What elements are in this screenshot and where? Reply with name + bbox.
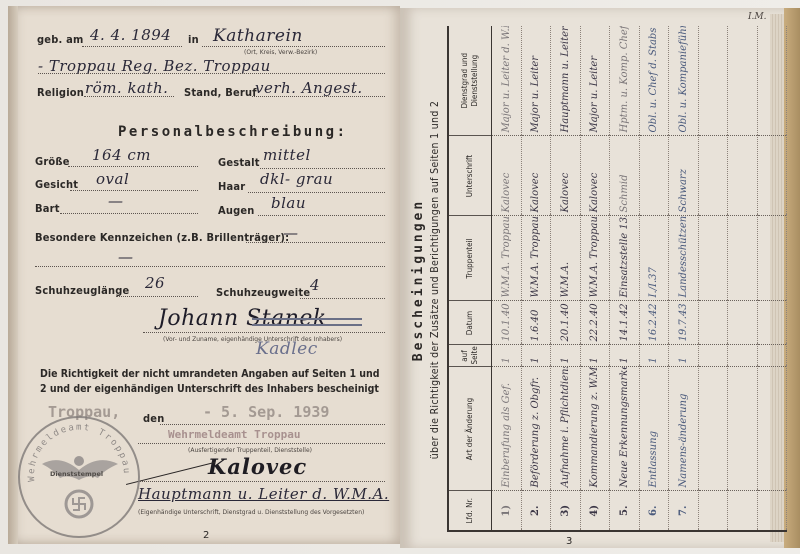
cell-seite: 1 [492,345,522,367]
cell-dienstgrad: Hptm. u. Komp. Chef [610,26,640,136]
cell-seite: 1 [580,345,610,367]
certifications-subtitle: über die Richtigkeit der Zusätze und Ber… [429,20,441,540]
build-line [260,168,385,169]
table-row: 3) Aufnahme i. Pflichtdienst 1 20.1.40 W… [551,26,581,531]
table-row: 5. Neue Erkennungsmarke 1 14.1.42 Einsat… [610,26,640,531]
build-label: Gestalt [218,156,260,169]
cell-datum: 19.7.43 [669,301,699,345]
cell-nr: 1) [492,491,522,531]
cell-dienstgrad: Obl. u. Kompanieführer [669,26,699,136]
shoe-width-line [300,298,385,299]
cell-dienstgrad: Hauptmann u. Leiter [551,26,581,136]
birth-place-line [202,46,385,47]
cell-nr [757,491,787,531]
birth-place: Katharein [213,26,303,46]
cell-datum [698,301,728,345]
cell-datum [728,301,758,345]
height-line [68,166,198,167]
official-seal: Wehrmeldeamt Troppau Dienststempel [18,416,140,538]
shoe-width-value: 4 [310,276,320,294]
birth-date-line [82,46,182,47]
cell-art [757,367,787,491]
table-row-empty [698,26,728,531]
hair-label: Haar [218,180,245,193]
cell-art: Einberufung als Gef. [492,367,522,491]
cell-unterschrift [639,136,669,216]
official-signature: Kalovec [208,454,307,479]
cell-unterschrift: Kalovec [492,136,522,216]
strikethrough-line [252,318,362,320]
face-line [70,190,198,191]
birth-date: 4. 4. 1894 [90,26,171,44]
marks-line [246,242,385,243]
col-header-unterschrift: Unterschrift [448,136,492,216]
cell-truppenteil: I./I.37 [639,216,669,301]
beard-label: Bart [35,202,60,215]
status-value: verh. Angest. [255,79,363,97]
shoe-width-label: Schuhzeugweite [216,286,310,299]
cell-art: Neue Erkennungsmarke [610,367,640,491]
cell-unterschrift [757,136,787,216]
cell-seite: 1 [610,345,640,367]
religion-label: Religion [37,86,84,99]
born-label: geb. am [37,33,83,46]
seal-center-label: Dienststempel [50,470,103,478]
cell-nr: 3) [551,491,581,531]
cell-art: Kommandierung z. W.M.A. Einsatz [580,367,610,491]
official-signature-line [138,481,385,482]
cell-seite [728,345,758,367]
certifications-rotated-form: Bescheinigungen über die Richtigkeit der… [405,20,765,540]
cell-datum: 16.2.42 [639,301,669,345]
page-number-left: 2 [203,530,209,541]
issuing-office-line [138,443,385,444]
cell-art [728,367,758,491]
cell-seite [757,345,787,367]
table-row: 4) Kommandierung z. W.M.A. Einsatz 1 22.… [580,26,610,531]
col-header-art: Art der Änderung [448,367,492,491]
cell-datum: 20.1.40 [551,301,581,345]
cell-nr: 5. [610,491,640,531]
table-row-empty [728,26,758,531]
cell-art: Namens-änderung [669,367,699,491]
build-value: mittel [263,146,311,164]
cell-truppenteil: Landesschützen Batl. [669,216,699,301]
religion-line [84,96,174,97]
cell-seite: 1 [551,345,581,367]
cell-dienstgrad [698,26,728,136]
in-label: in [188,33,199,46]
cell-unterschrift: Kalovec [580,136,610,216]
page-edge [8,6,18,544]
issue-date-line [160,424,385,425]
col-header-lfd-nr: Lfd. Nr. [448,491,492,531]
cell-nr: 7. [669,491,699,531]
cell-nr: 6. [639,491,669,531]
eyes-label: Augen [218,204,255,217]
cell-unterschrift: Kalovec [521,136,551,216]
cell-unterschrift: Schmid [610,136,640,216]
cell-truppenteil: W.M.A. Troppau [580,216,610,301]
cell-seite [698,345,728,367]
hair-value: dkl- grau [260,170,333,188]
col-header-dienstgrad: Dienstgrad und Dienststellung [448,26,492,136]
status-label: Stand, Beruf [184,86,257,99]
col-header-datum: Datum [448,301,492,345]
cell-truppenteil [728,216,758,301]
table-row: 1) Einberufung als Gef. 1 10.1.40 W.M.A.… [492,26,522,531]
cell-seite: 1 [639,345,669,367]
eyes-value: blau [271,194,306,212]
cell-dienstgrad [757,26,787,136]
cell-datum: 10.1.40 [492,301,522,345]
birth-line-2 [38,73,385,74]
issue-date-stamp: - 5. Sep. 1939 [203,403,329,421]
section-title: Personalbeschreibung: [118,124,348,140]
cell-datum [757,301,787,345]
cell-truppenteil: W.M.A. Troppau [521,216,551,301]
cell-datum: 22.2.40 [580,301,610,345]
face-value: oval [96,170,129,188]
official-hint: (Eigenhändige Unterschrift, Dienstgrad u… [138,509,364,516]
cell-nr: 2. [521,491,551,531]
cell-seite: 1 [669,345,699,367]
religion-value: röm. kath. [85,79,168,97]
cell-unterschrift [698,136,728,216]
issuing-office-stamp: Wehrmeldeamt Troppau [168,428,300,441]
cell-unterschrift [728,136,758,216]
eyes-line [258,215,385,216]
shoe-length-value: 26 [145,274,165,292]
col-header-seite: auf Seite [448,345,492,367]
cell-truppenteil: Einsatzstelle 13527 E [610,216,640,301]
holder-signature-line [143,332,385,333]
strikethrough-line [252,324,362,326]
table-row-empty [757,26,787,531]
marks-value: — [283,224,299,242]
certifications-title: Bescheinigungen [411,20,426,540]
table-row: 7. Namens-änderung 1 19.7.43 Landesschüt… [669,26,699,531]
cell-truppenteil: W.M.A. Troppau [492,216,522,301]
cell-unterschrift: Schwarz [669,136,699,216]
cell-dienstgrad: Major u. Leiter d. W.M.A. [492,26,522,136]
cell-datum: 14.1.42 [610,301,640,345]
cell-art: Entlassung [639,367,669,491]
name-correction: Kadlec [256,339,318,359]
cell-datum: 1.6.40 [521,301,551,345]
cell-dienstgrad: Obl. u. Chef d. Stabs [639,26,669,136]
cell-nr [698,491,728,531]
beard-line [60,213,198,214]
status-line [252,96,385,97]
cell-seite: 1 [521,345,551,367]
shoe-length-line [116,296,198,297]
marks-value-2: — [118,248,134,266]
table-row: 2. Beförderung z. Obgfr. 1 1.6.40 W.M.A.… [521,26,551,531]
marks-line-2 [35,266,385,267]
height-value: 164 cm [92,146,151,164]
cell-dienstgrad: Major u. Leiter [521,26,551,136]
col-header-truppenteil: Truppenteil [448,216,492,301]
official-rank: Hauptmann u. Leiter d. W.M.A. [138,485,389,503]
table-row: 6. Entlassung 1 16.2.42 I./I.37 Obl. u. … [639,26,669,531]
cell-nr [728,491,758,531]
issuing-office-hint: (Ausfertigender Truppenteil, Dienststell… [188,447,312,454]
left-page: geb. am 4. 4. 1894 in Katharein (Ort, Kr… [8,6,400,544]
certifications-table: Lfd. Nr. Art der Änderung auf Seite Datu… [447,26,787,532]
hair-line [248,192,385,193]
cell-truppenteil: W.M.A. [551,216,581,301]
cell-art [698,367,728,491]
cell-unterschrift: Kalovec [551,136,581,216]
beard-value: — [108,192,124,210]
cell-art: Beförderung z. Obgfr. [521,367,551,491]
height-label: Größe [35,155,70,168]
cell-dienstgrad [728,26,758,136]
page-number-right: 3 [566,536,572,547]
cell-truppenteil [757,216,787,301]
certification-text: Die Richtigkeit der nicht umrandeten Ang… [40,367,385,397]
cell-truppenteil [698,216,728,301]
cell-art: Aufnahme i. Pflichtdienst [551,367,581,491]
cell-nr: 4) [580,491,610,531]
cell-dienstgrad: Major u. Leiter [580,26,610,136]
table-header-row: Lfd. Nr. Art der Änderung auf Seite Datu… [448,26,492,531]
birth-place-hint: (Ort, Kreis, Verw.-Bezirk) [244,49,317,56]
